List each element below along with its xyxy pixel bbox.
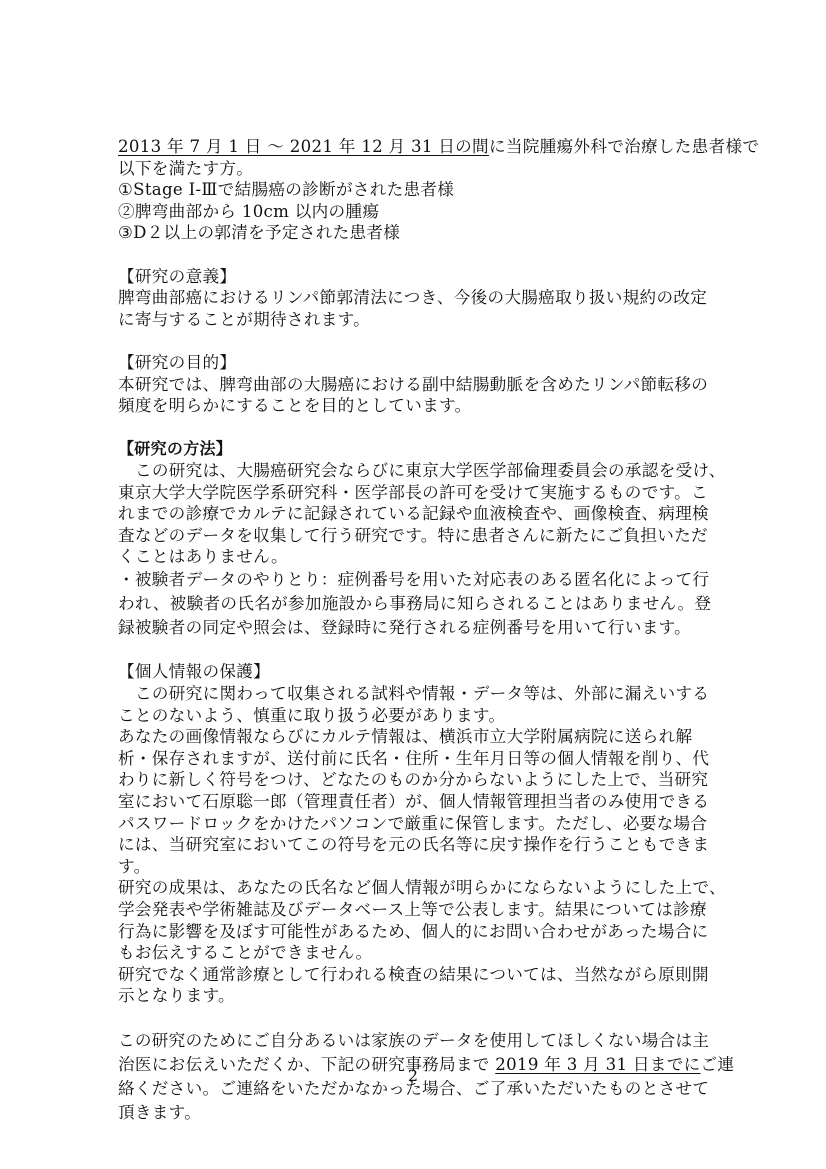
privacy-text: もお伝えすることができません。 — [118, 942, 712, 964]
eligibility-intro: 2013 年 7 月 1 日 〜 2021 年 12 月 31 日の間に当院腫瘍… — [118, 136, 712, 158]
privacy-text: す。 — [118, 856, 712, 878]
purpose-heading: 【研究の目的】 — [118, 352, 712, 374]
eligibility-intro-cont: 以下を満たす方。 — [118, 158, 712, 180]
privacy-text: 研究の成果は、あなたの氏名など個人情報が明らかにならないようにした上で、 — [118, 877, 712, 899]
method-text: われ、被験者の氏名が参加施設から事務局に知らされることはありません。登 — [118, 592, 712, 616]
privacy-text: わりに新しく符号をつけ、どなたのものか分からないようにした上で、当研究 — [118, 769, 712, 791]
criterion-1: ①Stage Ⅰ-Ⅲで結腸癌の診断がされた患者様 — [118, 179, 712, 201]
optout-text: 頂きます。 — [118, 1101, 712, 1125]
privacy-heading: 【個人情報の保護】 — [118, 661, 712, 683]
method-text: ・被験者データのやりとり：症例番号を用いた対応表のある匿名化によって行 — [118, 568, 712, 592]
method-text: この研究は、大腸癌研究会ならびに東京大学医学部倫理委員会の承認を受け、 — [118, 460, 712, 482]
method-text: 東京大学大学院医学系研究科・医学部長の許可を受けて実施するものです。こ — [118, 482, 712, 504]
criterion-3: ③D２以上の郭清を予定された患者様 — [118, 222, 712, 244]
purpose-text: 頻度を明らかにすることを目的としています。 — [118, 395, 712, 417]
privacy-text: 研究でなく通常診療として行われる検査の結果については、当然ながら原則開 — [118, 964, 712, 986]
privacy-text: 学会発表や学術雑誌及びデータベース上等で公表します。結果については診療 — [118, 899, 712, 921]
optout-text: この研究のためにご自分あるいは家族のデータを使用してほしくない場合は主 — [118, 1029, 712, 1053]
page-number: 2 — [0, 1066, 826, 1085]
method-text: くことはありません。 — [118, 546, 712, 568]
privacy-text: 析・保存されますが、送付前に氏名・住所・生年月日等の個人情報を削り、代 — [118, 748, 712, 770]
privacy-text: この研究に関わって収集される試料や情報・データ等は、外部に漏えいする — [118, 683, 712, 705]
privacy-text: 室において石原聡一郎（管理責任者）が、個人情報管理担当者のみ使用できる — [118, 791, 712, 813]
significance-heading: 【研究の意義】 — [118, 266, 712, 288]
significance-text: 脾弯曲部癌におけるリンパ節郭清法につき、今後の大腸癌取り扱い規約の改定 — [118, 287, 712, 309]
purpose-text: 本研究では、脾弯曲部の大腸癌における副中結腸動脈を含めたリンパ節転移の — [118, 374, 712, 396]
privacy-text: あなたの画像情報ならびにカルテ情報は、横浜市立大学附属病院に送られ解 — [118, 726, 712, 748]
significance-text: に寄与することが期待されます。 — [118, 309, 712, 331]
method-text: 録被験者の同定や照会は、登録時に発行される症例番号を用いて行います。 — [118, 616, 712, 640]
criterion-2: ②脾弯曲部から 10cm 以内の腫瘍 — [118, 201, 712, 223]
document-page: 2013 年 7 月 1 日 〜 2021 年 12 月 31 日の間に当院腫瘍… — [118, 136, 712, 1125]
method-text: れまでの診療でカルテに記録されている記録や血液検査や、画像検査、病理検 — [118, 503, 712, 525]
privacy-text: パスワードロックをかけたパソコンで厳重に保管します。ただし、必要な場合 — [118, 813, 712, 835]
date-range: 2013 年 7 月 1 日 〜 2021 年 12 月 31 日の間 — [118, 137, 489, 156]
method-text: 査などのデータを収集して行う研究です。特に患者さんに新たにご負担いただ — [118, 525, 712, 547]
privacy-text: 行為に影響を及ぼす可能性があるため、個人的にお問い合わせがあった場合に — [118, 921, 712, 943]
method-heading: 【研究の方法】 — [118, 438, 712, 460]
privacy-text: ことのないよう、慎重に取り扱う必要があります。 — [118, 705, 712, 727]
privacy-text: には、当研究室においてこの符号を元の氏名等に戻す操作を行うこともできま — [118, 834, 712, 856]
privacy-text: 示となります。 — [118, 985, 712, 1007]
